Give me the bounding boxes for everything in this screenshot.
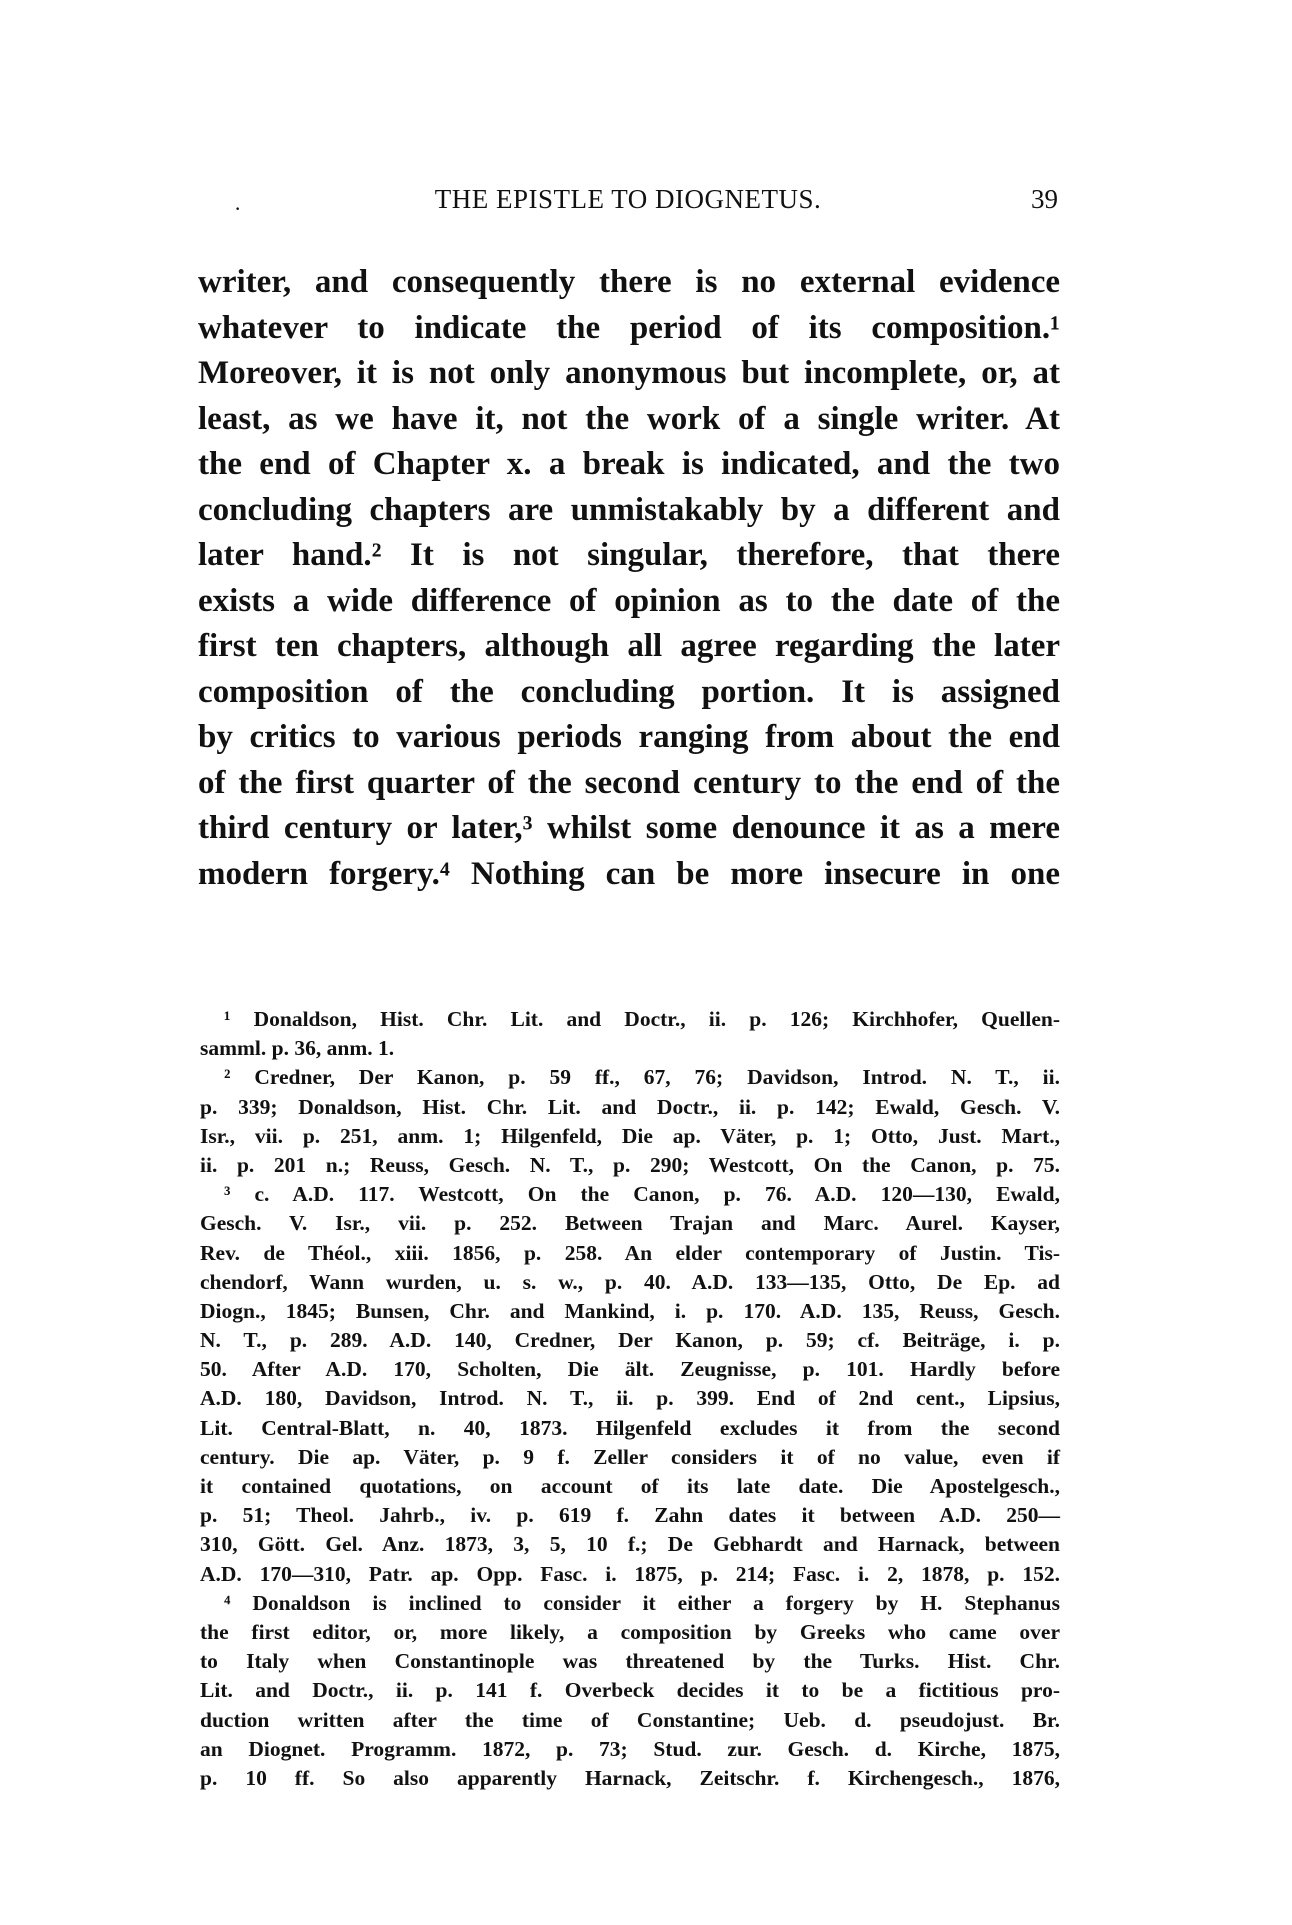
footnote-line: duction written after the time of Consta… bbox=[200, 1706, 1060, 1735]
footnote-line: it contained quotations, on account of i… bbox=[200, 1472, 1060, 1501]
body-line: least, as we have it, not the work of a … bbox=[198, 397, 1060, 443]
body-line: third century or later,³ whilst some den… bbox=[198, 806, 1060, 852]
body-line: by critics to various periods ranging fr… bbox=[198, 715, 1060, 761]
footnote-line: ⁴ Donaldson is inclined to consider it e… bbox=[200, 1589, 1060, 1618]
footnote-line: samml. p. 36, anm. 1. bbox=[200, 1034, 1060, 1063]
footnote-4: ⁴ Donaldson is inclined to consider it e… bbox=[200, 1589, 1060, 1793]
footnote-line: N. T., p. 289. A.D. 140, Credner, Der Ka… bbox=[200, 1326, 1060, 1355]
body-line: exists a wide difference of opinion as t… bbox=[198, 579, 1060, 625]
body-line: first ten chapters, although all agree r… bbox=[198, 624, 1060, 670]
footnote-line: the first editor, or, more likely, a com… bbox=[200, 1618, 1060, 1647]
body-line: whatever to indicate the period of its c… bbox=[198, 306, 1060, 352]
footnote-line: p. 10 ff. So also apparently Harnack, Ze… bbox=[200, 1764, 1060, 1793]
footnote-line: 310, Gött. Gel. Anz. 1873, 3, 5, 10 f.; … bbox=[200, 1530, 1060, 1559]
body-line: modern forgery.⁴ Nothing can be more ins… bbox=[198, 852, 1060, 898]
running-title: THE EPISTLE TO DIOGNETUS. bbox=[198, 184, 1058, 215]
body-line: the end of Chapter x. a break is indicat… bbox=[198, 442, 1060, 488]
body-line: of the first quarter of the second centu… bbox=[198, 761, 1060, 807]
footnote-line: ¹ Donaldson, Hist. Chr. Lit. and Doctr.,… bbox=[200, 1005, 1060, 1034]
footnote-2: ² Credner, Der Kanon, p. 59 ff., 67, 76;… bbox=[200, 1063, 1060, 1180]
footnote-line: century. Die ap. Väter, p. 9 f. Zeller c… bbox=[200, 1443, 1060, 1472]
body-line: concluding chapters are unmistakably by … bbox=[198, 488, 1060, 534]
footnote-line: ii. p. 201 n.; Reuss, Gesch. N. T., p. 2… bbox=[200, 1151, 1060, 1180]
footnote-line: Lit. and Doctr., ii. p. 141 f. Overbeck … bbox=[200, 1676, 1060, 1705]
footnote-line: 50. After A.D. 170, Scholten, Die ält. Z… bbox=[200, 1355, 1060, 1384]
footnote-line: to Italy when Constantinople was threate… bbox=[200, 1647, 1060, 1676]
page-number: 39 bbox=[1031, 184, 1058, 215]
footnote-line: Gesch. V. Isr., vii. p. 252. Between Tra… bbox=[200, 1209, 1060, 1238]
body-line: writer, and consequently there is no ext… bbox=[198, 260, 1060, 306]
footnote-line: A.D. 170—310, Patr. ap. Opp. Fasc. i. 18… bbox=[200, 1560, 1060, 1589]
footnote-line: p. 339; Donaldson, Hist. Chr. Lit. and D… bbox=[200, 1093, 1060, 1122]
footnote-1: ¹ Donaldson, Hist. Chr. Lit. and Doctr.,… bbox=[200, 1005, 1060, 1063]
footnote-line: ³ c. A.D. 117. Westcott, On the Canon, p… bbox=[200, 1180, 1060, 1209]
footnote-3: ³ c. A.D. 117. Westcott, On the Canon, p… bbox=[200, 1180, 1060, 1589]
footnote-line: p. 51; Theol. Jahrb., iv. p. 619 f. Zahn… bbox=[200, 1501, 1060, 1530]
footnotes: ¹ Donaldson, Hist. Chr. Lit. and Doctr.,… bbox=[200, 1005, 1060, 1793]
body-line: Moreover, it is not only anonymous but i… bbox=[198, 351, 1060, 397]
footnote-line: Diogn., 1845; Bunsen, Chr. and Mankind, … bbox=[200, 1297, 1060, 1326]
body-line: composition of the concluding portion. I… bbox=[198, 670, 1060, 716]
body-line: later hand.² It is not singular, therefo… bbox=[198, 533, 1060, 579]
main-text: writer, and consequently there is no ext… bbox=[198, 260, 1060, 897]
footnote-line: A.D. 180, Davidson, Introd. N. T., ii. p… bbox=[200, 1384, 1060, 1413]
footnote-line: chendorf, Wann wurden, u. s. w., p. 40. … bbox=[200, 1268, 1060, 1297]
footnote-line: ² Credner, Der Kanon, p. 59 ff., 67, 76;… bbox=[200, 1063, 1060, 1092]
footnote-line: Lit. Central-Blatt, n. 40, 1873. Hilgenf… bbox=[200, 1414, 1060, 1443]
footnote-line: Rev. de Théol., xiii. 1856, p. 258. An e… bbox=[200, 1239, 1060, 1268]
running-header: · THE EPISTLE TO DIOGNETUS. 39 bbox=[198, 182, 1058, 222]
footnote-line: an Diognet. Programm. 1872, p. 73; Stud.… bbox=[200, 1735, 1060, 1764]
footnote-line: Isr., vii. p. 251, anm. 1; Hilgenfeld, D… bbox=[200, 1122, 1060, 1151]
